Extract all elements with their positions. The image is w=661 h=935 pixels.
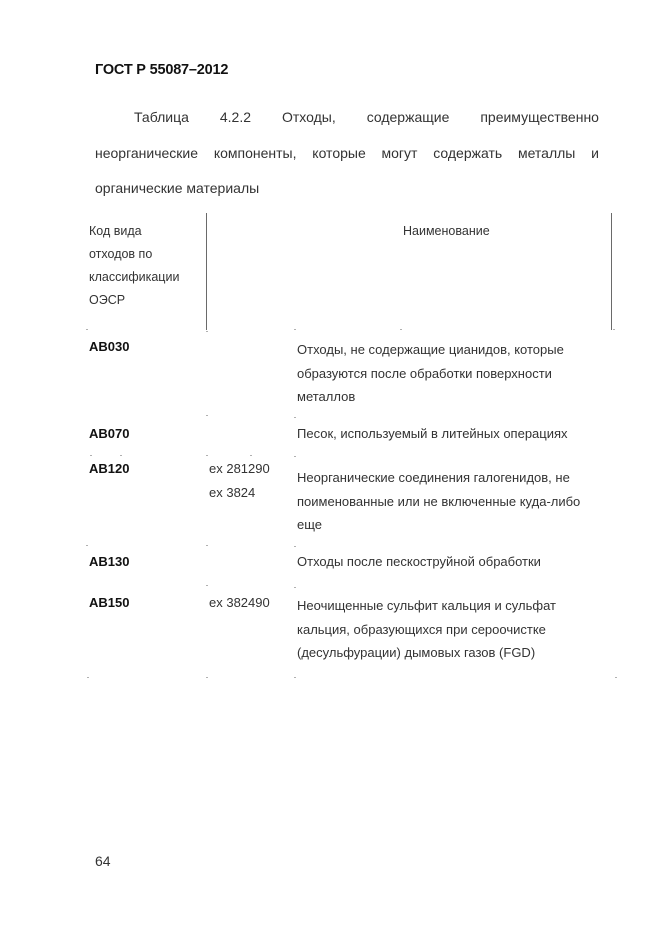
caption-line-1: Таблица 4.2.2 Отходы, содержащие преимущ… — [95, 100, 599, 136]
row-marker — [206, 545, 208, 546]
row-marker — [294, 677, 296, 678]
row-marker — [206, 331, 208, 332]
header-code-line: классификации — [89, 266, 179, 289]
row-name: Отходы после пескоструйной обработки — [297, 550, 541, 574]
row-marker — [294, 546, 296, 547]
row-marker — [206, 455, 208, 456]
row-name: Неорганические соединения галогенидов, н… — [297, 466, 580, 537]
header-name: Наименование — [403, 220, 490, 243]
row-marker — [294, 456, 296, 457]
row-marker — [400, 329, 402, 330]
row-name-line: поименованные или не включенные куда-либ… — [297, 490, 580, 514]
row-hs-code: ex 3824 — [209, 481, 270, 505]
row-name-line: Отходы, не содержащие цианидов, которые — [297, 338, 564, 362]
row-name: Песок, используемый в литейных операциях — [297, 422, 568, 446]
document-id: ГОСТ Р 55087–2012 — [95, 62, 228, 78]
caption-word: компоненты, — [214, 136, 297, 172]
row-marker — [613, 329, 615, 330]
row-marker — [294, 329, 296, 330]
row-marker — [294, 417, 296, 418]
page-number: 64 — [95, 853, 111, 869]
row-code: AB130 — [89, 550, 129, 574]
caption-word: неорганические — [95, 136, 198, 172]
caption-word: содержащие — [367, 100, 450, 136]
header-code: Код вида отходов по классификации ОЭСР — [89, 220, 179, 312]
row-name: Отходы, не содержащие цианидов, которые … — [297, 338, 564, 409]
row-name-line: Отходы после пескоструйной обработки — [297, 550, 541, 574]
row-name-line: еще — [297, 513, 580, 537]
row-marker — [86, 329, 88, 330]
caption-word: преимущественно — [480, 100, 599, 136]
row-marker — [90, 455, 92, 456]
row-code: AB150 — [89, 591, 129, 615]
row-name-line: (десульфурации) дымовых газов (FGD) — [297, 641, 556, 665]
row-marker — [87, 677, 89, 678]
header-column-divider — [206, 213, 207, 330]
caption-word: 4.2.2 — [220, 100, 251, 136]
row-name-line: кальция, образующихся при сероочистке — [297, 618, 556, 642]
row-marker — [206, 677, 208, 678]
row-hs-code: ex 382490 — [209, 591, 270, 615]
caption-word: и — [591, 136, 599, 172]
row-marker — [206, 585, 208, 586]
caption-word: Отходы, — [282, 100, 336, 136]
header-code-line: Код вида — [89, 220, 179, 243]
header-right-border — [611, 213, 612, 330]
row-name-line: Неочищенные сульфит кальция и сульфат — [297, 594, 556, 618]
header-code-line: отходов по — [89, 243, 179, 266]
row-name-line: образуются после обработки поверхности — [297, 362, 564, 386]
caption-word: которые — [312, 136, 365, 172]
caption-word: металлы — [518, 136, 575, 172]
row-code: AB030 — [89, 335, 129, 359]
header-code-line: ОЭСР — [89, 289, 179, 312]
caption-line-2: неорганические компоненты, которые могут… — [95, 136, 599, 172]
row-hs-codes: ex 281290 ex 3824 — [209, 457, 270, 504]
table-caption: Таблица 4.2.2 Отходы, содержащие преимущ… — [95, 100, 599, 207]
row-code: AB120 — [89, 457, 129, 481]
caption-line-3: органические материалы — [95, 171, 599, 207]
row-marker — [294, 587, 296, 588]
row-marker — [206, 415, 208, 416]
row-name: Неочищенные сульфит кальция и сульфат ка… — [297, 594, 556, 665]
row-hs-codes: ex 382490 — [209, 591, 270, 615]
caption-word: содержать — [433, 136, 502, 172]
row-marker — [250, 455, 252, 456]
row-name-line: Песок, используемый в литейных операциях — [297, 422, 568, 446]
row-marker — [615, 677, 617, 678]
row-code: AB070 — [89, 422, 129, 446]
row-hs-code: ex 281290 — [209, 457, 270, 481]
row-marker — [120, 455, 122, 456]
row-name-line: металлов — [297, 385, 564, 409]
row-marker — [86, 545, 88, 546]
caption-word: Таблица — [134, 100, 189, 136]
caption-word: могут — [382, 136, 418, 172]
row-name-line: Неорганические соединения галогенидов, н… — [297, 466, 580, 490]
